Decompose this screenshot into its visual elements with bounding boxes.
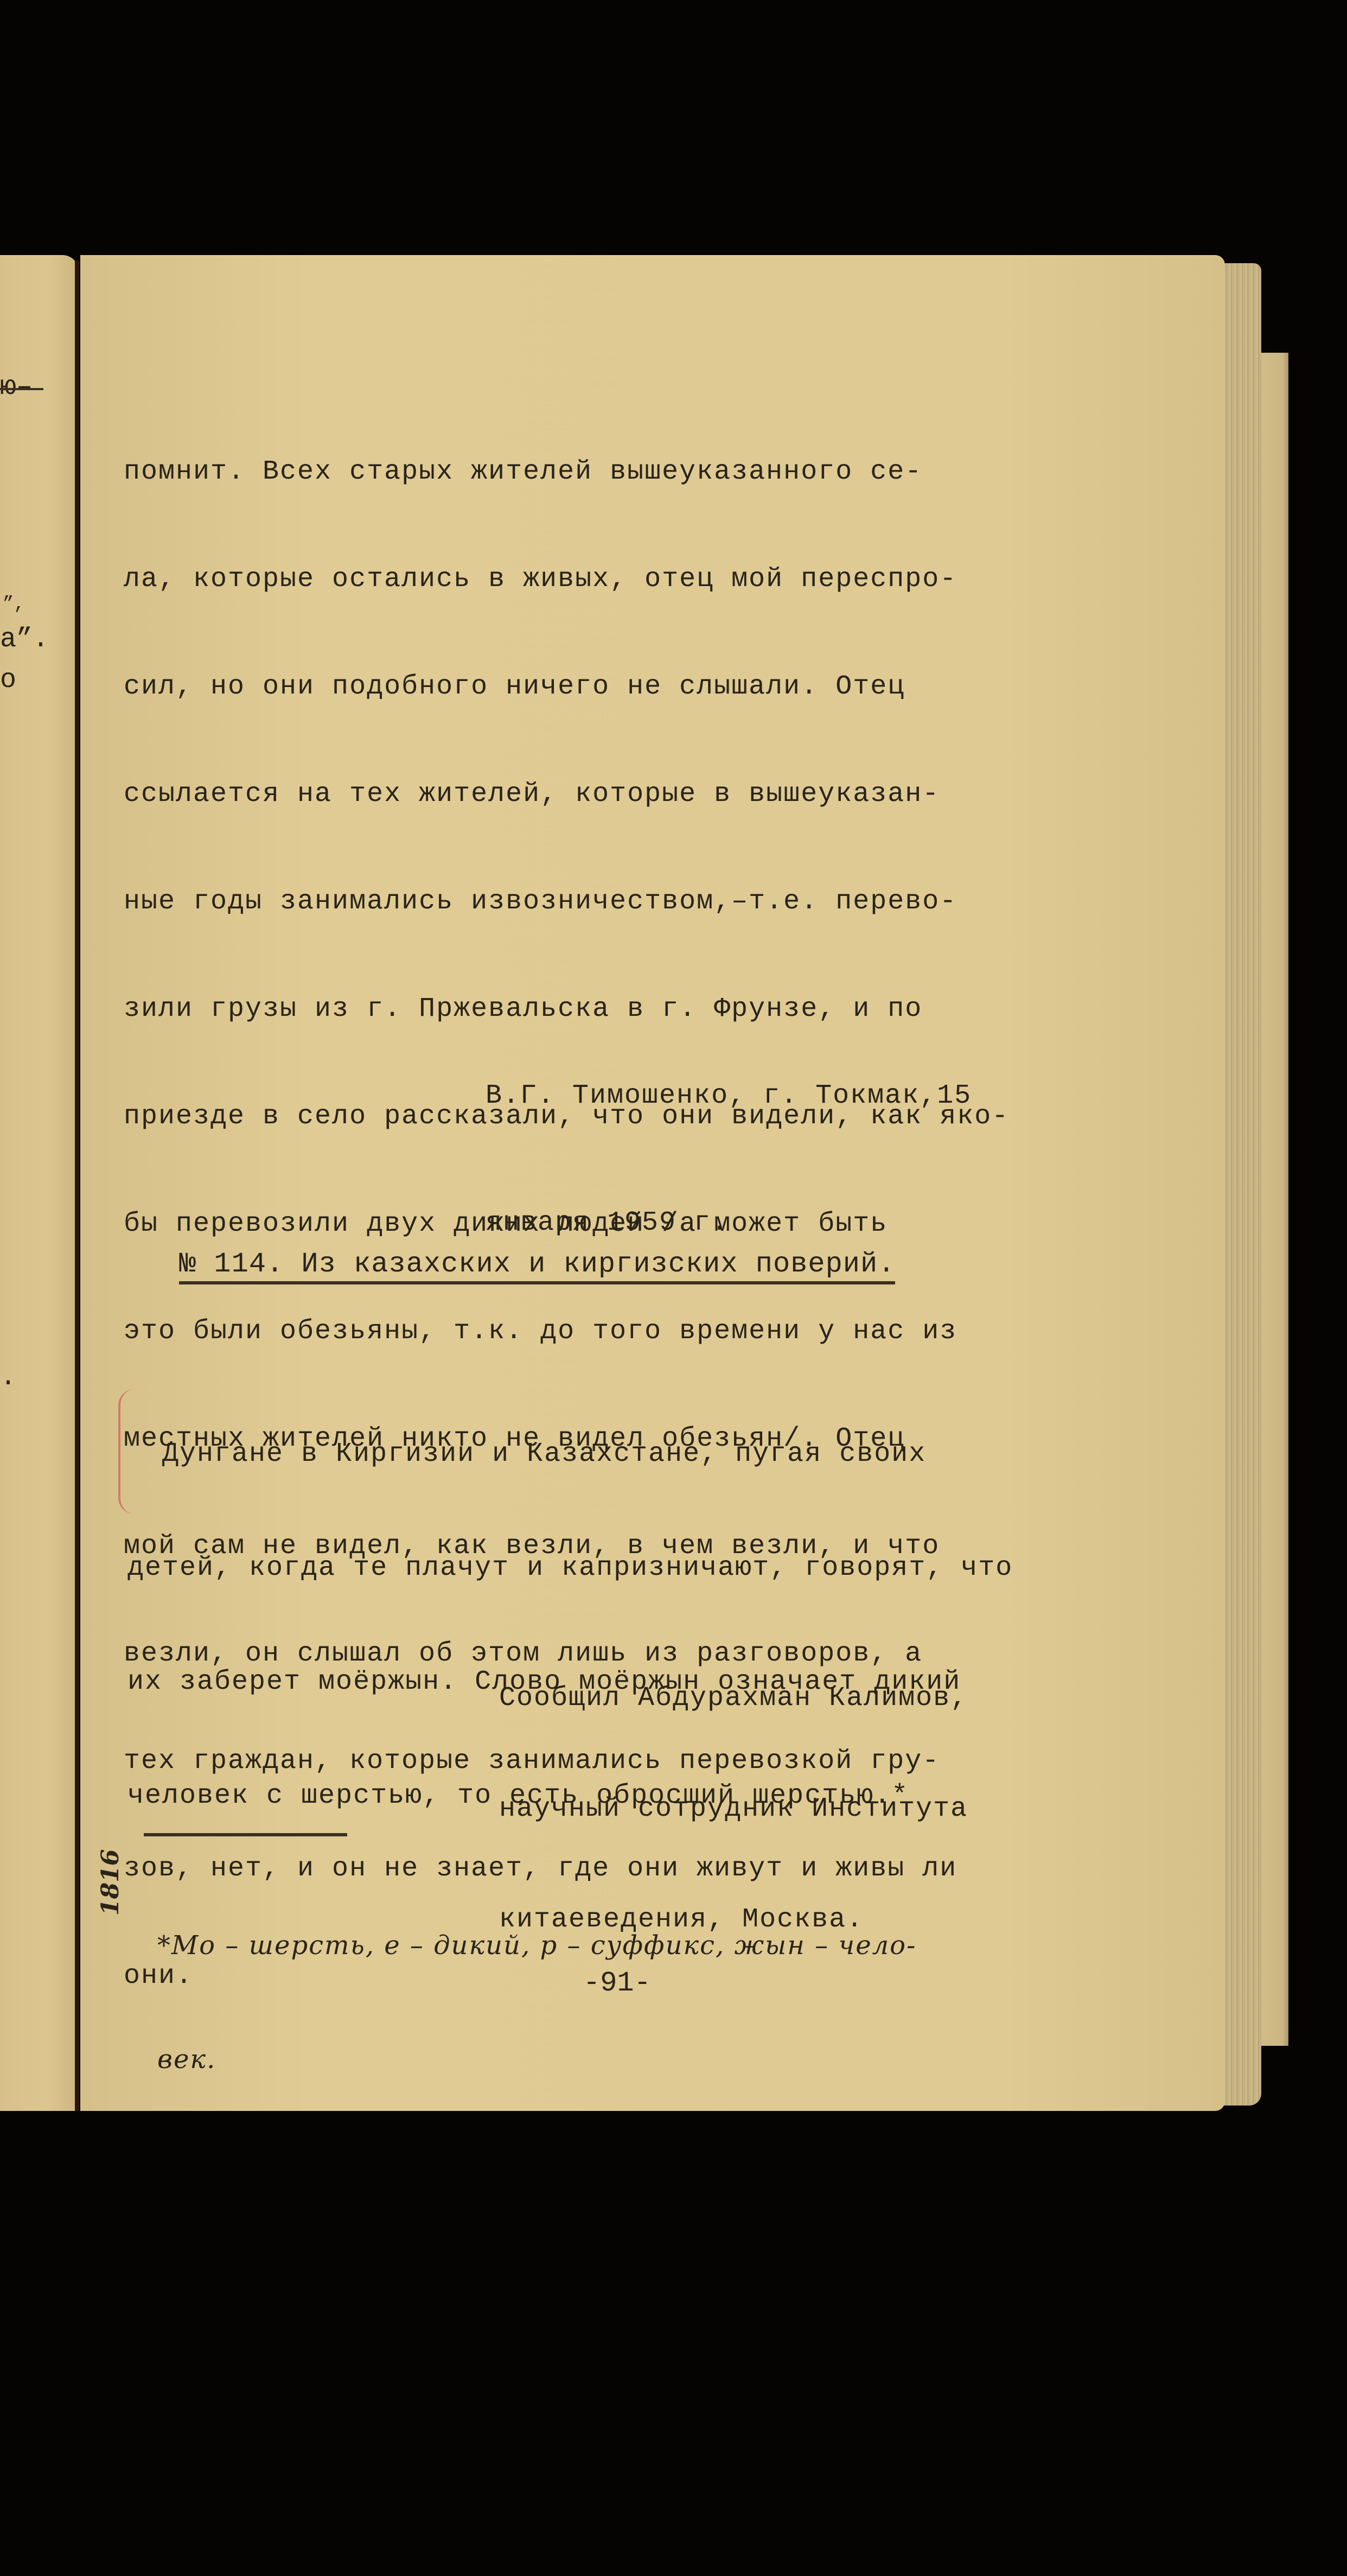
signature-line: января 1959 г.	[486, 1202, 972, 1244]
page-stack-edge-back	[1259, 353, 1288, 2046]
text-line: Дунгане в Киргизии и Казахстане, пугая с…	[127, 1435, 1013, 1473]
archive-number: 1816	[97, 1849, 124, 1916]
book-spine	[75, 260, 79, 2111]
text-line: детей, когда те плачут и капризничают, г…	[127, 1549, 1013, 1587]
text-line: помнит. Всех старых жителей вышеуказанно…	[124, 454, 1009, 490]
signature-line: Сообщил Абдурахман Калимов,	[499, 1680, 968, 1717]
page-number: -91-	[583, 1967, 651, 1999]
footnote-line: *Мо – шерсть, е – дикий, р – суффикс, жы…	[157, 1926, 916, 1964]
footnote-separator	[144, 1833, 347, 1836]
signature-timoshenko: В.Г. Тимошенко, г. Токмак,15 января 1959…	[486, 990, 972, 1287]
text-line: это были обезьяны, т.к. до того времени …	[124, 1314, 1009, 1350]
signature-line: научный сотрудник Института	[499, 1791, 968, 1828]
section-heading: № 114. Из казахских и киргизских поверий…	[179, 1248, 895, 1284]
left-page: ю– ”, а”. о .	[0, 255, 79, 2111]
text-line: ные годы занимались извозничеством,–т.е.…	[124, 884, 1009, 920]
left-page-fragment: ”,	[3, 594, 25, 615]
left-page-fragment: ю–	[0, 372, 33, 403]
footnote: *Мо – шерсть, е – дикий, р – суффикс, жы…	[157, 1850, 916, 2116]
left-page-fragment: о	[0, 665, 16, 696]
page-stack-edge	[1223, 263, 1261, 2106]
text-line: ссылается на тех жителей, которые в выше…	[124, 777, 1009, 812]
left-page-fragment: .	[0, 1362, 16, 1393]
footnote-line: век.	[157, 2040, 916, 2078]
text-line: сил, но они подобного ничего не слышали.…	[124, 669, 1009, 705]
text-line: ла, которые остались в живых, отец мой п…	[124, 562, 1009, 597]
left-page-fragment: а”.	[0, 624, 49, 655]
signature-line: В.Г. Тимошенко, г. Токмак,15	[486, 1075, 972, 1117]
left-page-underline	[0, 388, 43, 390]
